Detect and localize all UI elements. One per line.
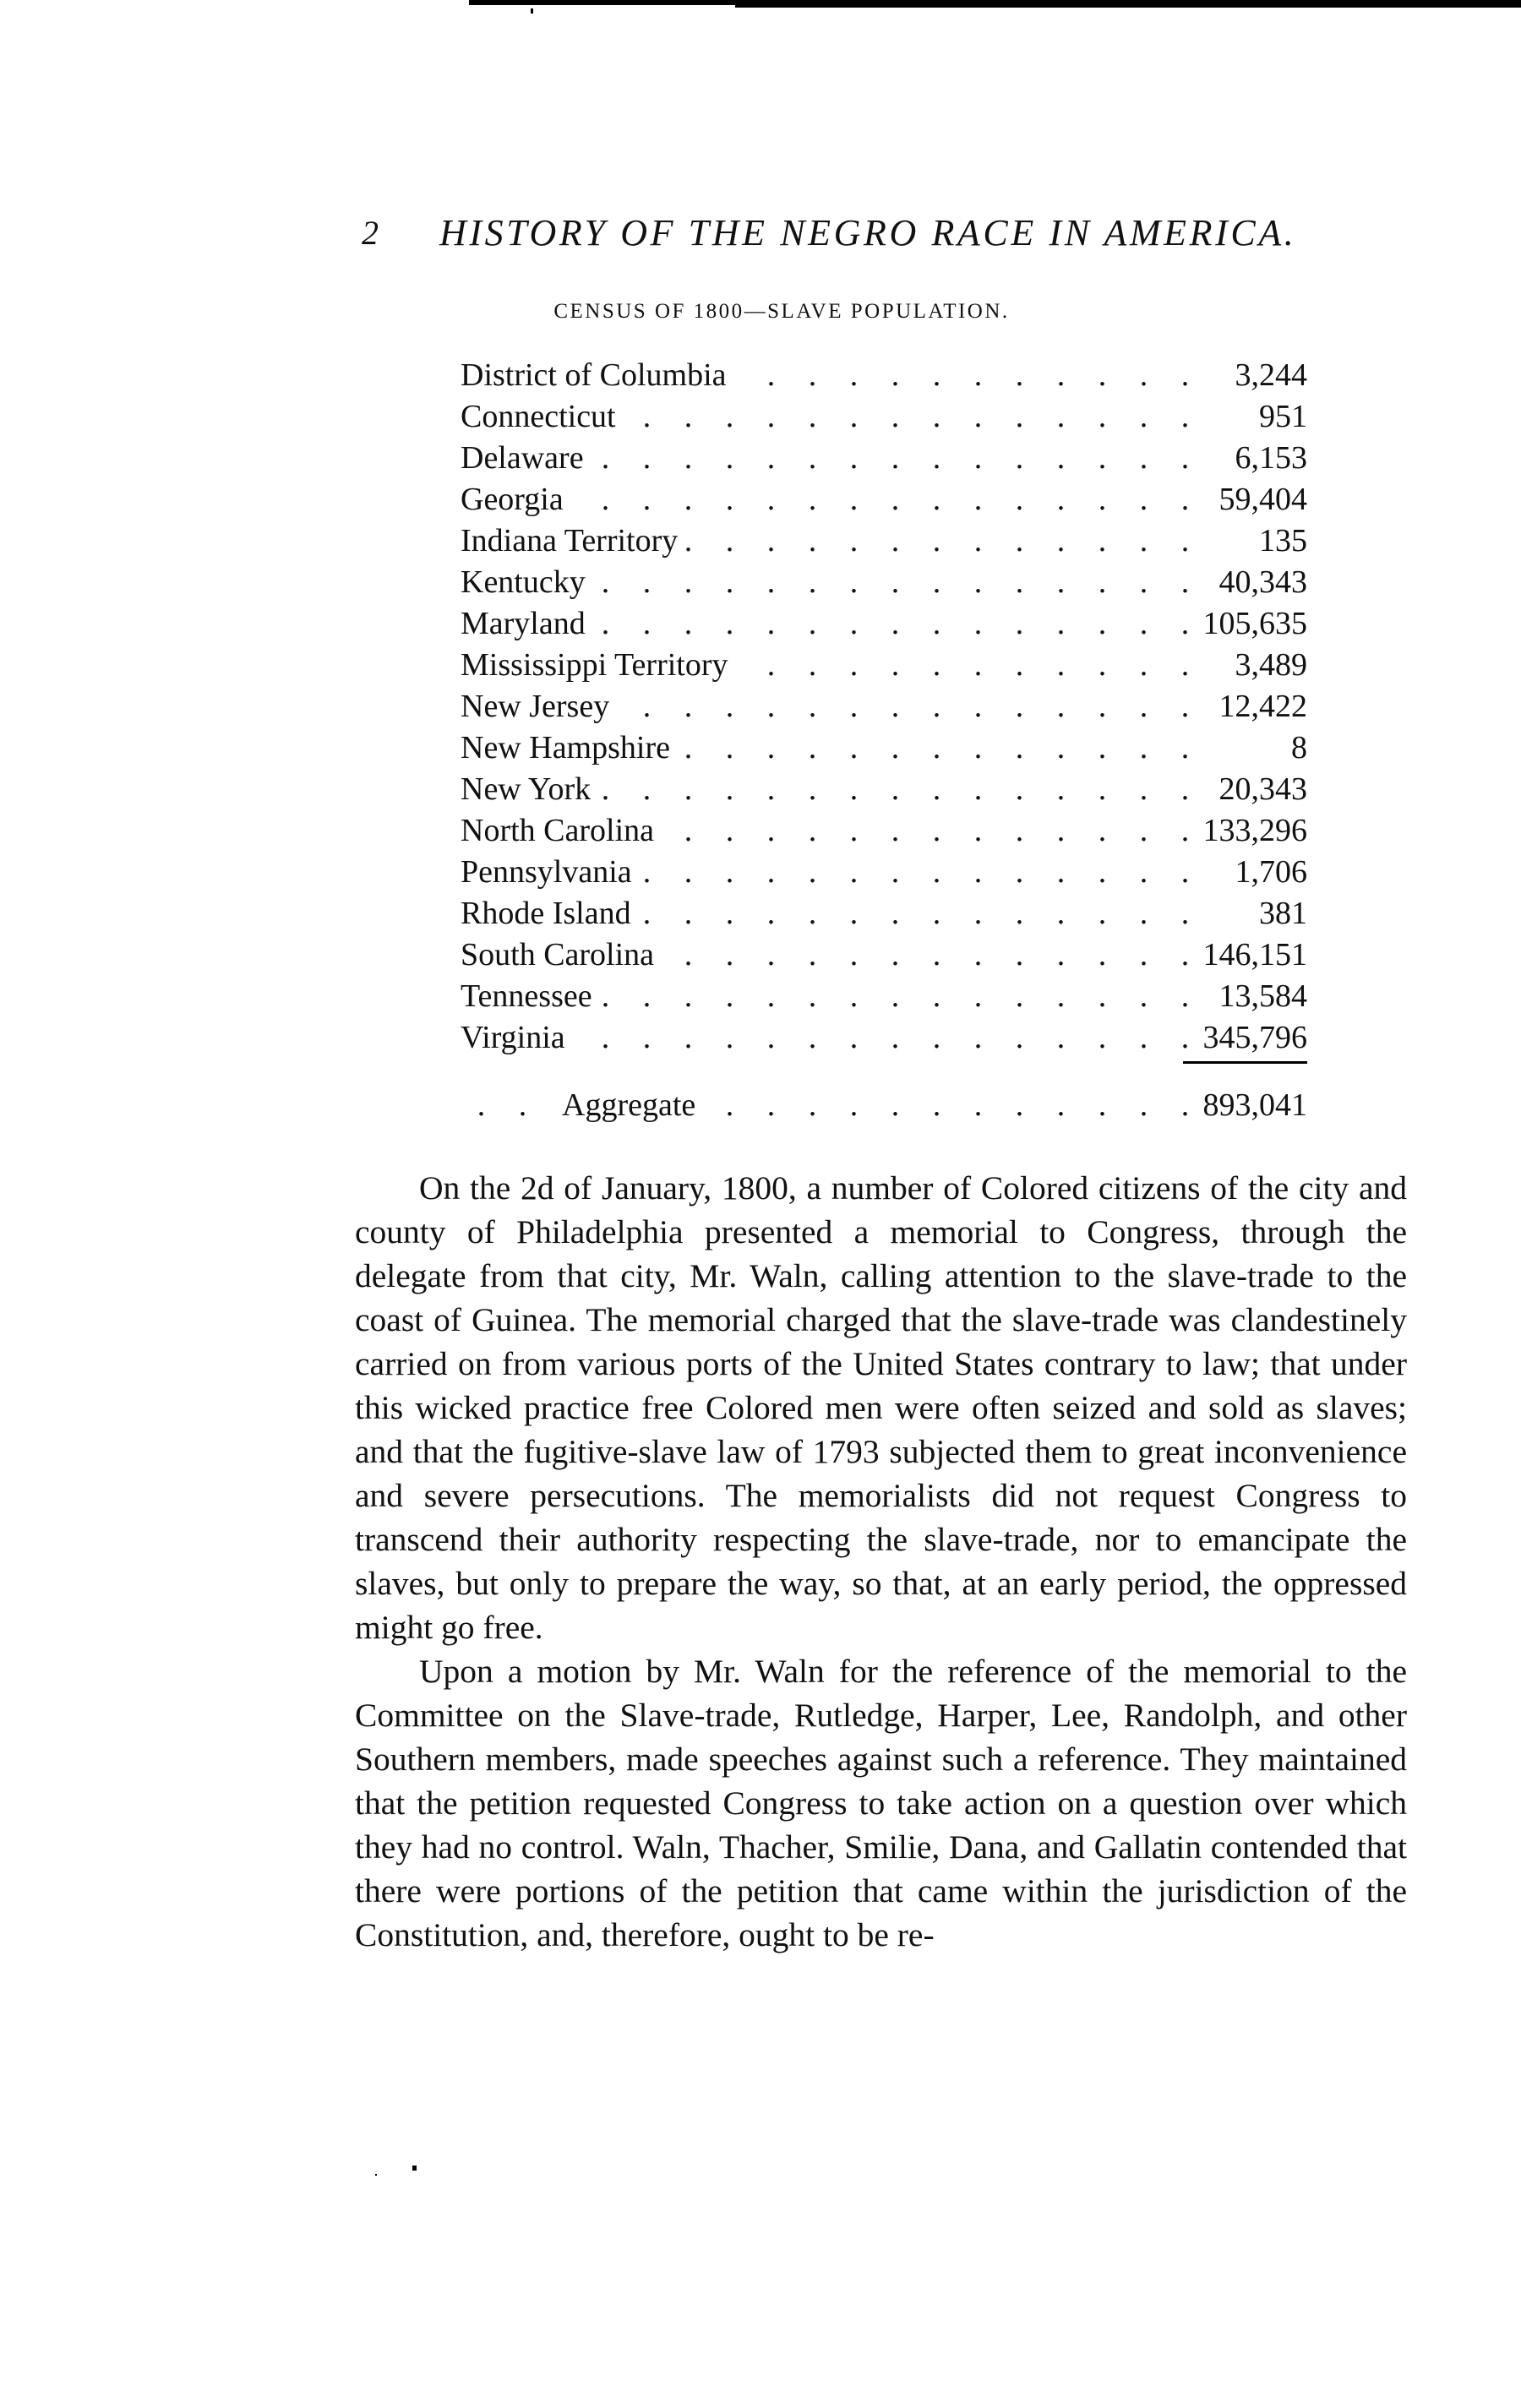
state-name: Mississippi Territory	[461, 645, 733, 686]
state-name: Maryland	[461, 603, 591, 645]
page-number: 2	[362, 213, 379, 253]
table-row: Rhode Island..................381	[461, 893, 1307, 934]
state-name: Tennessee	[461, 976, 597, 1017]
slave-count: 12,422	[1216, 686, 1308, 727]
state-name: Virginia	[461, 1017, 570, 1059]
table-row: North Carolina..................133,296	[461, 810, 1307, 852]
slave-count: 6,153	[1232, 438, 1308, 479]
census-table: District of Columbia..................3,…	[461, 355, 1307, 1059]
table-row: Mississippi Territory..................3…	[461, 645, 1307, 686]
state-name: South Carolina	[461, 934, 659, 976]
scan-speck	[412, 2166, 417, 2171]
running-title: HISTORY OF THE NEGRO RACE IN AMERICA.	[439, 211, 1296, 254]
dot-leader: ..................	[461, 479, 1307, 520]
table-row: Maryland..................105,635	[461, 603, 1307, 645]
table-row: District of Columbia..................3,…	[461, 355, 1307, 396]
slave-count: 1,706	[1232, 852, 1308, 893]
slave-count: 3,489	[1232, 645, 1308, 686]
table-row: Pennsylvania..................1,706	[461, 852, 1307, 893]
table-row: Connecticut..................951	[461, 396, 1307, 438]
slave-count: 133,296	[1200, 810, 1308, 852]
slave-count: 105,635	[1200, 603, 1308, 645]
table-row: Virginia..................345,796	[461, 1017, 1307, 1059]
table-row: New York..................20,343	[461, 769, 1307, 810]
table-row: South Carolina..................146,151	[461, 934, 1307, 976]
state-name: New Hampshire	[461, 727, 675, 769]
running-header: 2 HISTORY OF THE NEGRO RACE IN AMERICA.	[362, 211, 1350, 253]
table-row: New Hampshire..................8	[461, 727, 1307, 769]
state-name: Connecticut	[461, 396, 621, 438]
slave-count: 40,343	[1216, 562, 1308, 603]
state-name: District of Columbia	[461, 355, 732, 396]
table-row: Georgia..................59,404	[461, 479, 1307, 520]
slave-count: 3,244	[1232, 355, 1308, 396]
aggregate-value: 893,041	[1203, 1085, 1308, 1126]
top-edge-rule-shadow	[735, 5, 1521, 8]
dot-leader: ..................	[461, 1017, 1307, 1059]
slave-count: 135	[1256, 520, 1307, 562]
state-name: New York	[461, 769, 596, 810]
slave-count: 146,151	[1200, 934, 1308, 976]
scan-speck	[375, 2174, 377, 2176]
aggregate-label: Aggregate	[562, 1085, 701, 1126]
slave-count: 13,584	[1216, 976, 1308, 1017]
state-name: Kentucky	[461, 562, 591, 603]
aggregate-row: Aggregate .................. 893,041	[461, 1085, 1307, 1126]
body-text: On the 2d of January, 1800, a number of …	[355, 1166, 1407, 1957]
slave-count: 20,343	[1216, 769, 1308, 810]
table-row: Kentucky..................40,343	[461, 562, 1307, 603]
slave-count: 951	[1256, 396, 1307, 438]
table-row: Tennessee..................13,584	[461, 976, 1307, 1017]
paragraph: Upon a motion by Mr. Waln for the refere…	[355, 1649, 1407, 1957]
table-row: New Jersey..................12,422	[461, 686, 1307, 727]
table-row: Delaware..................6,153	[461, 438, 1307, 479]
state-name: Pennsylvania	[461, 852, 637, 893]
slave-count: 381	[1256, 893, 1307, 934]
table-row: Indiana Territory..................135	[461, 520, 1307, 562]
sum-rule	[1183, 1061, 1307, 1064]
table-caption: CENSUS OF 1800—SLAVE POPULATION.	[0, 300, 1521, 324]
paragraph: On the 2d of January, 1800, a number of …	[355, 1166, 1407, 1649]
state-name: Indiana Territory	[461, 520, 683, 562]
state-name: Delaware	[461, 438, 589, 479]
state-name: Georgia	[461, 479, 569, 520]
state-name: Rhode Island	[461, 893, 636, 934]
state-name: New Jersey	[461, 686, 614, 727]
slave-count: 8	[1288, 727, 1307, 769]
slave-count: 345,796	[1200, 1017, 1308, 1059]
slave-count: 59,404	[1216, 479, 1308, 520]
state-name: North Carolina	[461, 810, 659, 852]
scan-speck	[531, 8, 533, 14]
